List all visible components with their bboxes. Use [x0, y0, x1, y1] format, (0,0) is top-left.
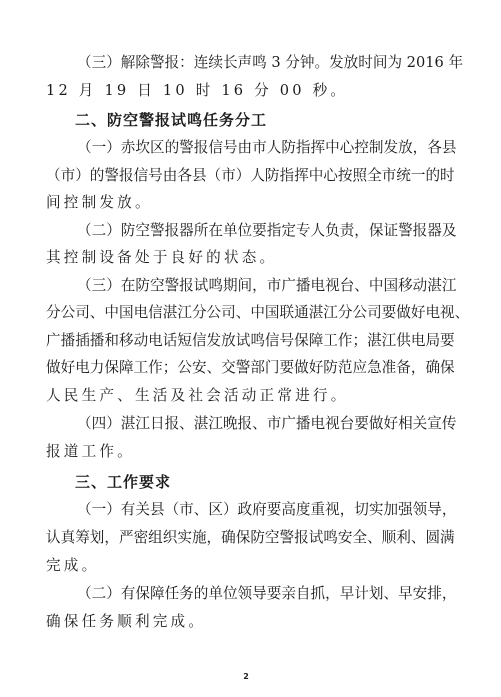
- req-2-line-1: （二）有保障任务的单位领导要亲自抓，早计划、早安排，: [77, 584, 447, 604]
- task-2-line-2: 其控制设备处于良好的状态。: [46, 248, 447, 268]
- task-3-line-2: 分公司、中国电信湛江分公司、中国联通湛江分公司要做好电视、: [46, 303, 447, 323]
- req-2-line-2: 确保任务顺利完成。: [46, 612, 447, 632]
- task-2-line-1: （二）防空警报器所在单位要指定专人负责，保证警报器及: [77, 221, 447, 241]
- task-1-line-1: （一）赤坎区的警报信号由市人防指挥中心控制发放，各县: [77, 138, 447, 158]
- paragraph-line: （市）的警报信号由各县（市）人防指挥中心按照全市统一的时: [46, 166, 447, 186]
- section-heading-3: 三、工作要求: [75, 472, 171, 492]
- task-3-line-1: （三）在防空警报试鸣期间，市广播电视台、中国移动湛江: [77, 276, 447, 296]
- task-3-line-3: 广播插播和移动电话短信发放试鸣信号保障工作；湛江供电局要: [46, 331, 447, 351]
- document-page: （三）解除警报：连续长声鸣 3 分钟。发放时间为 2016 年 12 月 19 …: [0, 0, 501, 697]
- paragraph-line: （三）在防空警报试鸣期间，市广播电视台、中国移动湛江: [77, 276, 447, 296]
- paragraph-line: 12 月 19 日 10 时 16 分 00 秒。: [46, 81, 447, 101]
- alert-release-line-2: 12 月 19 日 10 时 16 分 00 秒。: [46, 81, 447, 101]
- paragraph-line: 其控制设备处于良好的状态。: [46, 248, 447, 268]
- task-1-line-3: 间控制发放。: [46, 193, 447, 213]
- section-heading-2: 二、防空警报试鸣任务分工: [75, 110, 267, 130]
- heading-text: 二、防空警报试鸣任务分工: [75, 110, 267, 130]
- task-1-line-2: （市）的警报信号由各县（市）人防指挥中心按照全市统一的时: [46, 166, 447, 186]
- task-3-line-5: 人民生产、生活及社会活动正常进行。: [46, 386, 447, 406]
- page-number: 2: [240, 672, 252, 681]
- paragraph-line: 分公司、中国电信湛江分公司、中国联通湛江分公司要做好电视、: [46, 303, 447, 323]
- paragraph-line: 认真筹划，严密组织实施，确保防空警报试鸣安全、顺利、圆满: [46, 528, 447, 548]
- paragraph-line: （四）湛江日报、湛江晚报、市广播电视台要做好相关宣传: [77, 414, 447, 434]
- paragraph-line: （二）防空警报器所在单位要指定专人负责，保证警报器及: [77, 221, 447, 241]
- paragraph-line: 广播插播和移动电话短信发放试鸣信号保障工作；湛江供电局要: [46, 331, 447, 351]
- paragraph-line: 间控制发放。: [46, 193, 447, 213]
- heading-text: 三、工作要求: [75, 472, 171, 492]
- paragraph-line: 报道工作。: [46, 442, 447, 462]
- task-3-line-4: 做好电力保障工作；公安、交警部门要做好防范应急准备，确保: [46, 358, 447, 378]
- task-4-line-2: 报道工作。: [46, 442, 447, 462]
- task-4-line-1: （四）湛江日报、湛江晚报、市广播电视台要做好相关宣传: [77, 414, 447, 434]
- paragraph-line: 确保任务顺利完成。: [46, 612, 447, 632]
- paragraph-line: （三）解除警报：连续长声鸣 3 分钟。发放时间为 2016 年: [77, 53, 447, 73]
- paragraph-line: （二）有保障任务的单位领导要亲自抓，早计划、早安排，: [77, 584, 447, 604]
- paragraph-line: （一）有关县（市、区）政府要高度重视，切实加强领导，: [77, 500, 447, 520]
- paragraph-line: 人民生产、生活及社会活动正常进行。: [46, 386, 447, 406]
- paragraph-line: 完成。: [46, 556, 447, 576]
- req-1-line-1: （一）有关县（市、区）政府要高度重视，切实加强领导，: [77, 500, 447, 520]
- paragraph-line: 做好电力保障工作；公安、交警部门要做好防范应急准备，确保: [46, 358, 447, 378]
- req-1-line-3: 完成。: [46, 556, 447, 576]
- alert-release-line-1: （三）解除警报：连续长声鸣 3 分钟。发放时间为 2016 年: [77, 53, 447, 73]
- paragraph-line: （一）赤坎区的警报信号由市人防指挥中心控制发放，各县: [77, 138, 447, 158]
- req-1-line-2: 认真筹划，严密组织实施，确保防空警报试鸣安全、顺利、圆满: [46, 528, 447, 548]
